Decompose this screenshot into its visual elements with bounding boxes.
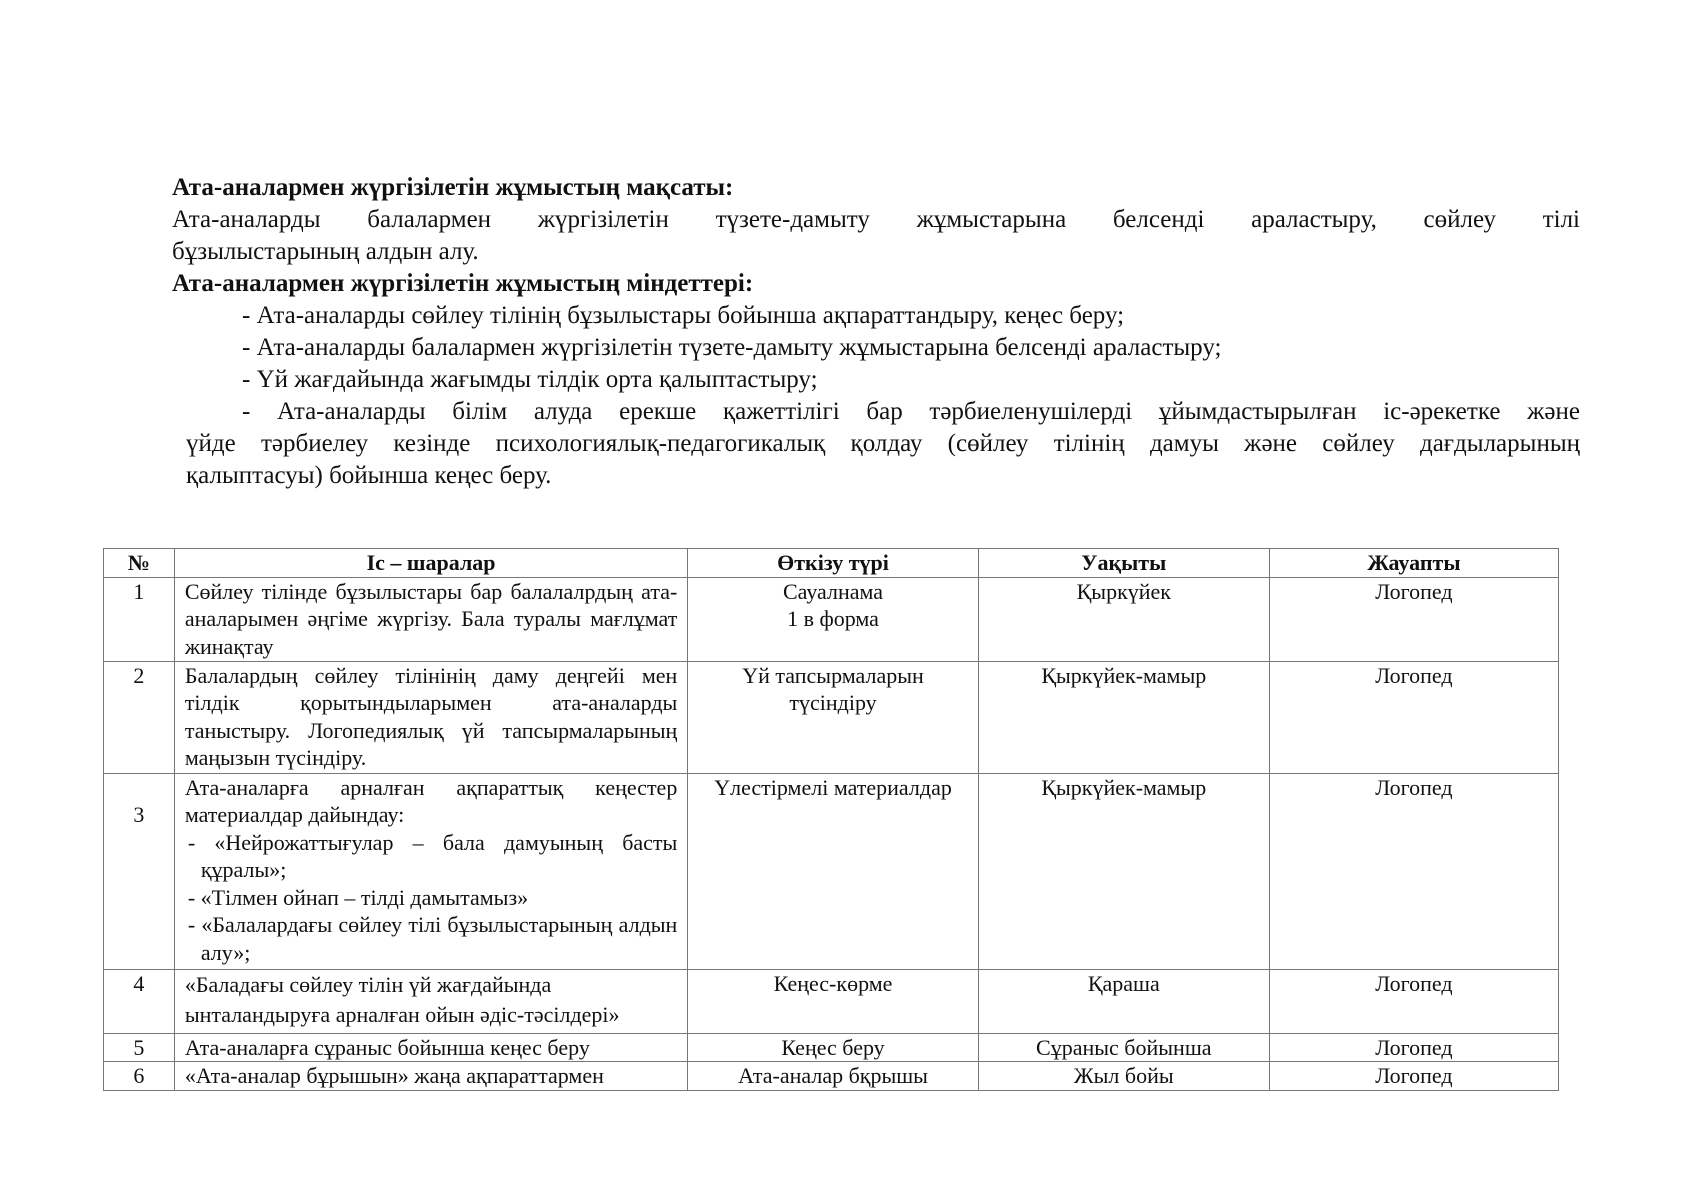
activity-plan-table: № Іс – шаралар Өткізу түрі Уақыты Жауапт… xyxy=(103,548,1559,1091)
row-activity: «Баладағы сөйлеу тілін үй жағдайында ынт… xyxy=(174,969,688,1033)
document-page: Ата-аналармен жүргізілетін жұмыстың мақс… xyxy=(0,0,1683,1190)
header-activities: Іс – шаралар xyxy=(174,549,688,578)
table-row: 5 Ата-аналарға сұраныс бойынша кеңес бер… xyxy=(104,1033,1559,1062)
tasks-heading: Ата-аналармен жүргізілетін жұмыстың мінд… xyxy=(172,268,1580,300)
row-activity-subitem: - «Тілмен ойнап – тілді дамытамыз» xyxy=(185,884,678,912)
row-time: Жыл бойы xyxy=(978,1062,1269,1091)
row-form: Сауалнама 1 в форма xyxy=(688,577,978,661)
row-form: Кеңес беру xyxy=(688,1033,978,1062)
row-form-line1: Сауалнама xyxy=(698,578,967,606)
table-row: 4 «Баладағы сөйлеу тілін үй жағдайында ы… xyxy=(104,969,1559,1033)
row-activity: Ата-аналарға арналған ақпараттық кеңесте… xyxy=(174,773,688,969)
row-responsible: Логопед xyxy=(1269,661,1558,773)
row-time: Қыркүйек-мамыр xyxy=(978,661,1269,773)
header-responsible: Жауапты xyxy=(1269,549,1558,578)
row-number: 3 xyxy=(104,773,175,969)
row-form: Ата-аналар бқрышы xyxy=(688,1062,978,1091)
row-activity: Балалардың сөйлеу тілінінің даму деңгейі… xyxy=(174,661,688,773)
row-form: Кеңес-көрме xyxy=(688,969,978,1033)
row-time: Сұраныс бойынша xyxy=(978,1033,1269,1062)
table-row: 3 Ата-аналарға арналған ақпараттық кеңес… xyxy=(104,773,1559,969)
row-responsible: Логопед xyxy=(1269,1062,1558,1091)
row-activity: Сөйлеу тілінде бұзылыстары бар балалалрд… xyxy=(174,577,688,661)
intro-section: Ата-аналармен жүргізілетін жұмыстың мақс… xyxy=(172,172,1580,492)
row-responsible: Логопед xyxy=(1269,773,1558,969)
task-item: - Ата-аналарды балалармен жүргізілетін т… xyxy=(172,332,1580,364)
header-number: № xyxy=(104,549,175,578)
row-number: 4 xyxy=(104,969,175,1033)
task-item-last-line3: қалыптасуы) бойынша кеңес беру. xyxy=(172,460,1580,492)
row-activity-subitem: - «Балалардағы сөйлеу тілі бұзылыстарыны… xyxy=(185,911,678,966)
row-responsible: Логопед xyxy=(1269,577,1558,661)
header-form: Өткізу түрі xyxy=(688,549,978,578)
row-number: 1 xyxy=(104,577,175,661)
purpose-heading: Ата-аналармен жүргізілетін жұмыстың мақс… xyxy=(172,172,1580,204)
row-activity-subitem: - «Нейрожаттығулар – бала дамуының басты… xyxy=(185,829,678,884)
row-responsible: Логопед xyxy=(1269,969,1558,1033)
table-row: 2 Балалардың сөйлеу тілінінің даму деңге… xyxy=(104,661,1559,773)
row-responsible: Логопед xyxy=(1269,1033,1558,1062)
row-form-line1: Үй тапсырмаларын xyxy=(698,662,967,690)
task-item: - Ата-аналарды сөйлеу тілінің бұзылыстар… xyxy=(172,300,1580,332)
table-row: 6 «Ата-аналар бұрышын» жаңа ақпараттарме… xyxy=(104,1062,1559,1091)
row-activity: Ата-аналарға сұраныс бойынша кеңес беру xyxy=(174,1033,688,1062)
task-item-last-line1: - Ата-аналарды білім алуда ерекше қажетт… xyxy=(172,396,1580,428)
row-form: Үй тапсырмаларын түсіндіру xyxy=(688,661,978,773)
row-form-line2: 1 в форма xyxy=(698,605,967,633)
row-activity-line1: «Баладағы сөйлеу тілін үй жағдайында xyxy=(185,970,678,1000)
row-activity-line2: ынталандыруға арналған ойын әдіс-тәсілде… xyxy=(185,1000,678,1030)
row-time: Қыркүйек-мамыр xyxy=(978,773,1269,969)
row-activity: «Ата-аналар бұрышын» жаңа ақпараттармен xyxy=(174,1062,688,1091)
row-time: Қыркүйек xyxy=(978,577,1269,661)
task-item: - Үй жағдайында жағымды тілдік орта қалы… xyxy=(172,364,1580,396)
purpose-text-line2: бұзылыстарының алдын алу. xyxy=(172,236,1580,268)
row-form: Үлестірмелі материалдар xyxy=(688,773,978,969)
row-number: 5 xyxy=(104,1033,175,1062)
row-activity-intro: Ата-аналарға арналған ақпараттық кеңесте… xyxy=(185,774,678,829)
purpose-text-line1: Ата-аналарды балалармен жүргізілетін түз… xyxy=(172,204,1580,236)
row-number: 2 xyxy=(104,661,175,773)
row-number: 6 xyxy=(104,1062,175,1091)
table-row: 1 Сөйлеу тілінде бұзылыстары бар балалал… xyxy=(104,577,1559,661)
header-time: Уақыты xyxy=(978,549,1269,578)
task-item-last-line2: үйде тәрбиелеу кезінде психологиялық-пед… xyxy=(172,428,1580,460)
row-time: Қараша xyxy=(978,969,1269,1033)
row-form-line2: түсіндіру xyxy=(698,689,967,717)
table-header-row: № Іс – шаралар Өткізу түрі Уақыты Жауапт… xyxy=(104,549,1559,578)
